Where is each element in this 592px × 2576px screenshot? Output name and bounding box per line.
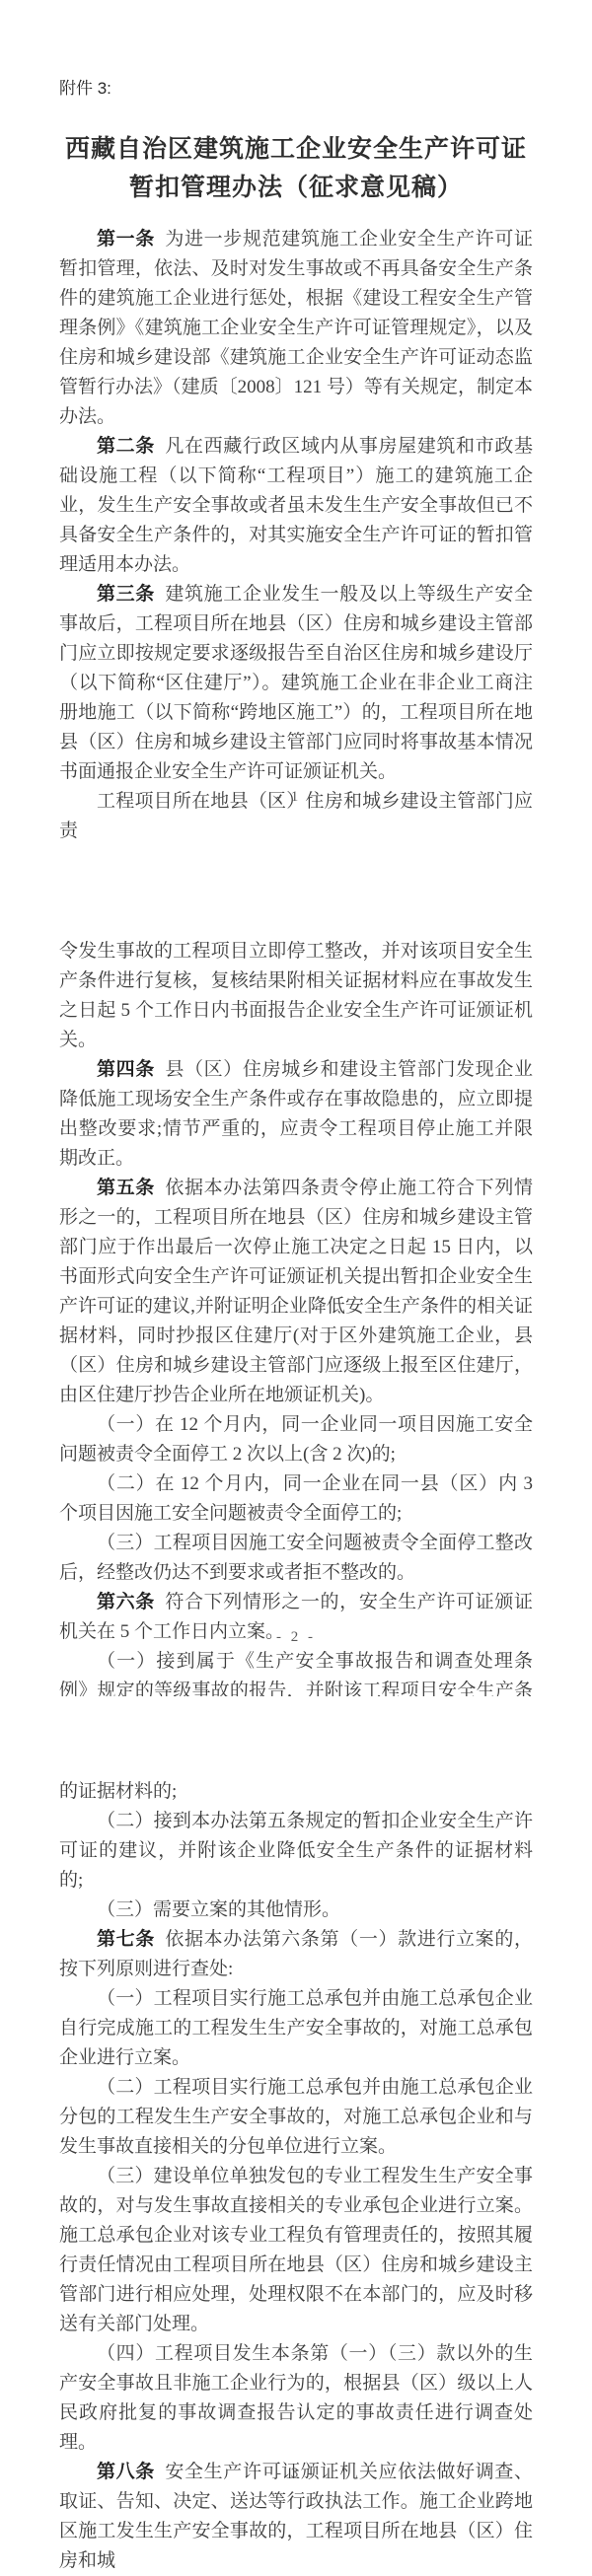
document: 附件 3: 西藏自治区建筑施工企业安全生产许可证 暂扣管理办法（征求意见稿） 第… [0,0,592,2511]
article-number-label: 第七条 [97,1929,155,1950]
article-paragraph: 第四条县（区）住房城乡和建设主管部门发现企业降低施工现场安全生产条件或存在事故隐… [59,1055,533,1174]
paragraph: 令发生事故的工程项目立即停工整改，并对该项目安全生产条件进行复核，复核结果附相关… [59,937,533,1055]
page-3-body: 的证据材料的;（二）接到本办法第五条规定的暂扣企业安全生产许可证的建议，并附该企… [59,1777,533,2576]
document-title: 西藏自治区建筑施工企业安全生产许可证 暂扣管理办法（征求意见稿） [59,130,533,207]
paragraph: （三）需要立案的其他情形。 [59,1896,533,1925]
title-line-2: 暂扣管理办法（征求意见稿） [59,169,533,207]
paragraph: （二）接到本办法第五条规定的暂扣企业安全生产许可证的建议，并附该企业降低安全生产… [59,1807,533,1896]
page-1-number: - 1 - [0,787,592,807]
page-2-number: - 2 - [0,1627,592,1647]
page-3-number: - 3 - [0,2464,592,2483]
paragraph: （一）在 12 个月内，同一企业同一项目因施工安全问题被责令全面停工 2 次以上… [59,1410,533,1469]
paragraph: （三）建设单位单独发包的专业工程发生生产安全事故的，对与发生事故直接相关的专业承… [59,2162,533,2339]
paragraph: （二）工程项目实行施工总承包并由施工总承包企业分包的工程发生生产安全事故的，对施… [59,2073,533,2162]
paragraph: （四）工程项目发生本条第（一）（三）款以外的生产安全事故且非施工企业行为的，根据… [59,2339,533,2458]
article-number-label: 第二条 [97,436,155,457]
article-paragraph: 第七条依据本办法第六条第（一）款进行立案的，按下列原则进行查处: [59,1925,533,1984]
paragraph: （三）工程项目因施工安全问题被责令全面停工整改后，经整改仍达不到要求或者拒不整改… [59,1529,533,1588]
attachment-label: 附件 3: [59,77,533,101]
article-number-label: 第六条 [97,1592,155,1612]
article-number-label: 第三条 [97,584,155,605]
page-2: 令发生事故的工程项目立即停工整改，并对该项目安全生产条件进行复核，复核结果附相关… [0,888,592,1696]
article-number-label: 第四条 [97,1059,155,1080]
paragraph: （一）工程项目实行施工总承包并由施工总承包企业自行完成施工的工程发生生产安全事故… [59,1984,533,2073]
article-paragraph: 第一条为进一步规范建筑施工企业安全生产许可证暂扣管理，依法、及时对发生事故或不再… [59,225,533,432]
page-3: 的证据材料的;（二）接到本办法第五条规定的暂扣企业安全生产许可证的建议，并附该企… [0,1696,592,2511]
article-paragraph: 第二条凡在西藏行政区域内从事房屋建筑和市政基础设施工程（以下简称“工程项目”）施… [59,432,533,580]
page-2-body: 令发生事故的工程项目立即停工整改，并对该项目安全生产条件进行复核，复核结果附相关… [59,937,533,1736]
page-1-body: 第一条为进一步规范建筑施工企业安全生产许可证暂扣管理，依法、及时对发生事故或不再… [59,225,533,846]
article-paragraph: 第三条建筑施工企业发生一般及以上等级生产安全事故后，工程项目所在地县（区）住房和… [59,580,533,787]
paragraph: （二）在 12 个月内，同一企业在同一县（区）内 3 个项目因施工安全问题被责令… [59,1469,533,1529]
article-number-label: 第一条 [97,229,155,250]
paragraph: 的证据材料的; [59,1777,533,1807]
page-1: 附件 3: 西藏自治区建筑施工企业安全生产许可证 暂扣管理办法（征求意见稿） 第… [0,0,592,888]
article-number-label: 第五条 [97,1178,155,1198]
article-paragraph: 第五条依据本办法第四条责令停止施工符合下列情形之一的，工程项目所在地县（区）住房… [59,1174,533,1410]
title-line-1: 西藏自治区建筑施工企业安全生产许可证 [59,130,533,169]
